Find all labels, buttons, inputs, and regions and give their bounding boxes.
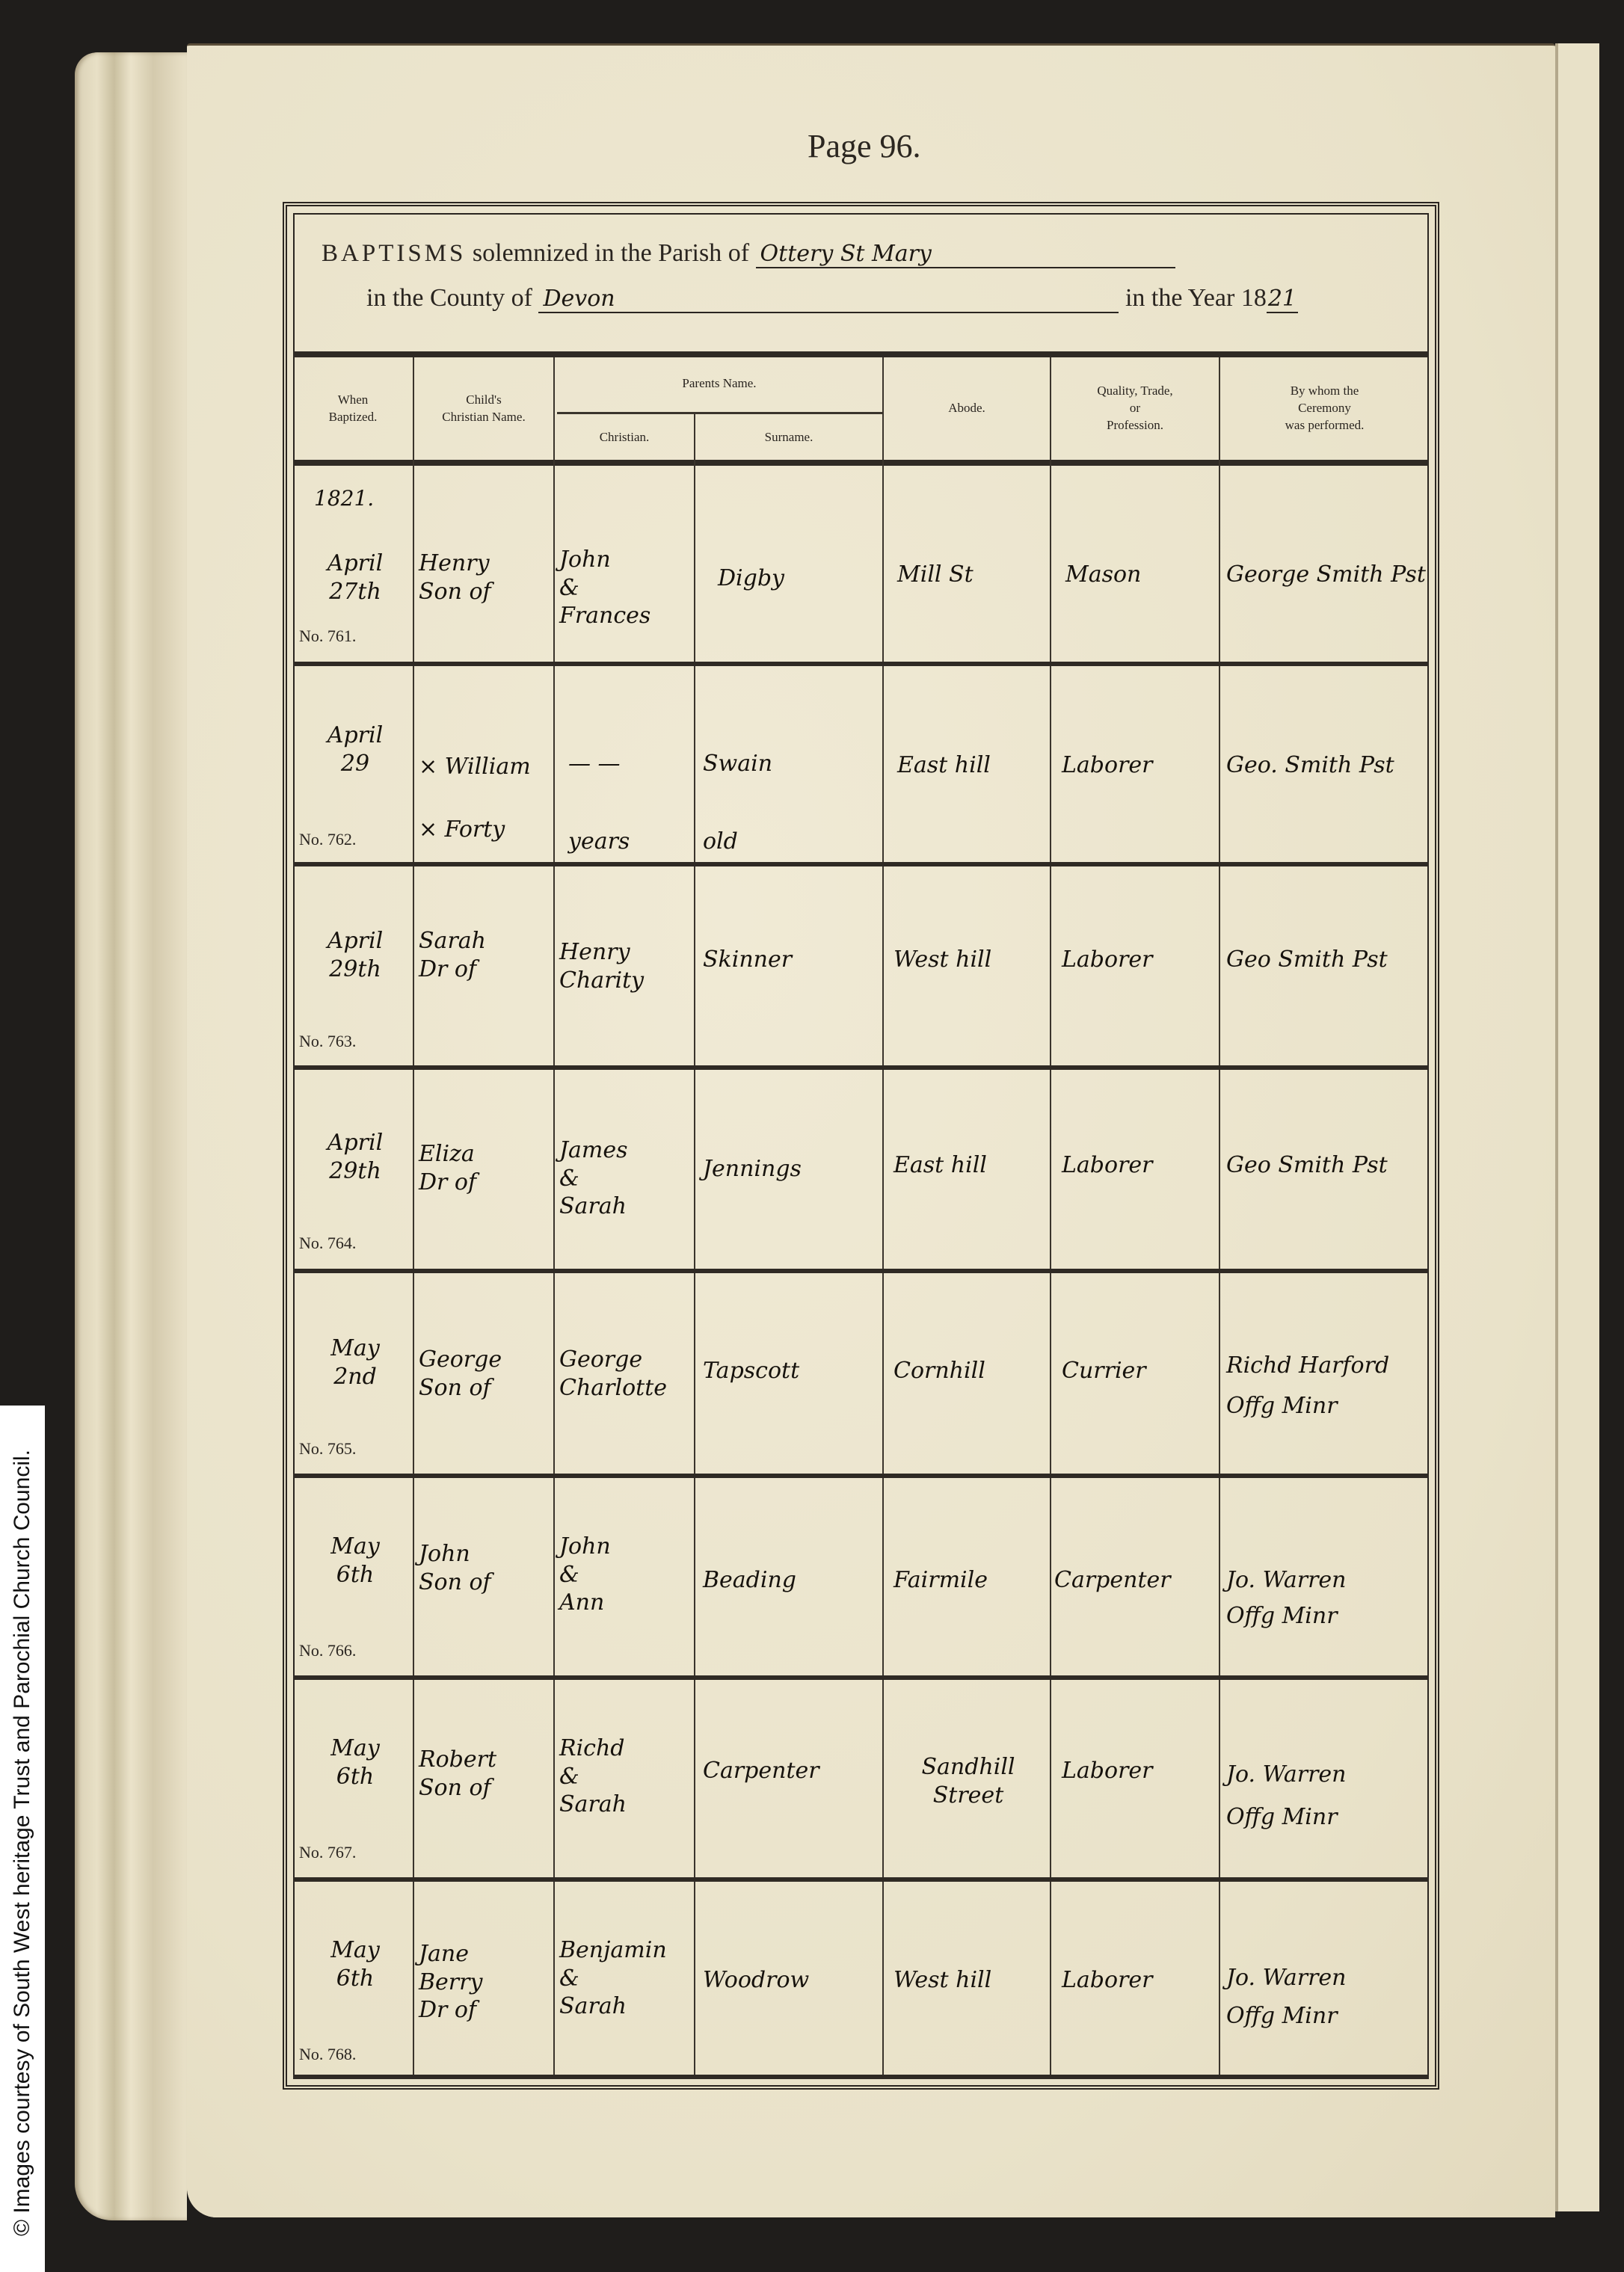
col-line [1050,357,1051,2077]
entry-quality: Laborer [1062,946,1153,974]
copyright-credit: © Images courtesy of South West heritage… [0,1406,45,2272]
entry-date: April 29th [299,927,411,983]
entry-number: No. 762. [299,830,356,849]
credit-text: © Images courtesy of South West heritage… [11,1413,34,2272]
entry-child: John Son of [419,1540,491,1596]
entry-by-whom: Jo. Warren Offg Minr [1226,1563,1347,1634]
entry-by-whom: Richd Harford Offg Minr [1226,1346,1389,1426]
entry-date: May 6th [299,1936,411,1992]
entry-child: Jane Berry Dr of [419,1940,482,2025]
county-field: Devon [538,286,1119,313]
entry-number: No. 761. [299,627,356,646]
year-label: in the Year 18 [1119,284,1266,312]
entry-abode: Fairmile [893,1566,988,1595]
register-title: BAPTISMS solemnized in the Parish of Ott… [299,224,1421,351]
entry-by-whom: Jo. Warren Offg Minr [1226,1959,1347,2035]
col-header-parents-christian: Christian. [555,416,694,460]
row-rule [293,1065,1429,1070]
entry-date: May 6th [299,1533,411,1589]
entry-child: Sarah Dr of [419,927,486,983]
entry-parents: Richd & Sarah [559,1734,627,1819]
col-line [413,357,414,2077]
entry-parents: James & Sarah [559,1136,628,1221]
entry-abode: West hill [893,946,991,974]
header-top-rule [293,351,1429,357]
entry-abode: Sandhill Street [893,1753,1043,1809]
entry-parents: — — years [568,751,630,855]
table-bottom-rule [293,2075,1429,2079]
title-line-county: in the County of Devon in the Year 1821 [366,284,1298,313]
entry-child: Robert Son of [419,1746,496,1802]
entry-child: Eliza Dr of [419,1140,476,1196]
entry-by-whom: George Smith Pst [1226,561,1426,589]
entry-quality: Mason [1065,561,1141,589]
col-line [882,357,884,2077]
col-header-abode: Abode. [884,357,1050,460]
register-year: 1821. [314,486,374,511]
entry-by-whom: Geo Smith Pst [1226,946,1388,974]
entry-number: No. 765. [299,1439,356,1459]
entry-number: No. 768. [299,2045,356,2064]
year-field: 21 [1267,286,1298,313]
row-rule [293,1474,1429,1478]
entry-by-whom: Geo Smith Pst [1226,1151,1388,1180]
entry-surname: Tapscott [703,1357,799,1385]
parish-field: Ottery St Mary [756,241,1175,268]
entry-surname: Woodrow [703,1966,809,1995]
adjacent-page-edge [1555,43,1599,2211]
entry-parents: Benjamin & Sarah [559,1936,667,2021]
col-header-child: Child's Christian Name. [414,357,553,460]
entry-number: No. 767. [299,1843,356,1862]
title-baptisms: BAPTISMS [322,240,466,267]
entry-parents: John & Ann [559,1533,611,1617]
title-text: solemnized in the Parish of [466,239,755,267]
page-number: Page 96. [808,127,921,165]
entry-child: × William × Forty [419,751,531,846]
row-rule [293,1675,1429,1680]
entry-surname: Swain old [703,751,772,855]
col-header-when: When Baptized. [293,357,413,460]
entry-by-whom: Jo. Warren Offg Minr [1226,1753,1347,1838]
row-rule [293,1877,1429,1882]
entry-date: April 29 [299,721,411,778]
entry-surname: Beading [703,1566,796,1595]
row-rule [293,862,1429,866]
county-label: in the County of [366,284,538,312]
entry-abode: Cornhill [893,1357,985,1385]
header-bottom-rule [293,460,1429,466]
entry-quality: Laborer [1062,1151,1153,1180]
col-header-parents: Parents Name. [555,357,884,410]
entry-surname: Carpenter [703,1757,819,1785]
entry-quality: Laborer [1062,751,1153,780]
parents-divider [557,412,882,414]
entry-surname: Skinner [703,946,792,974]
entry-abode: East hill [897,751,991,780]
entry-date: April 29th [299,1129,411,1185]
entry-quality: Carpenter [1054,1566,1171,1595]
entry-abode: West hill [893,1966,991,1995]
entry-by-whom: Geo. Smith Pst [1226,751,1394,780]
entry-date: May 6th [299,1734,411,1791]
col-header-parents-surname: Surname. [695,416,882,460]
entry-parents: Henry Charity [559,938,644,994]
col-header-by-whom: By whom the Ceremony was performed. [1220,357,1429,460]
entry-child: George Son of [419,1346,502,1402]
entry-parents: George Charlotte [559,1346,667,1402]
entry-number: No. 764. [299,1234,356,1253]
entry-quality: Currier [1062,1357,1146,1385]
col-line [553,357,555,2077]
row-rule [293,1269,1429,1273]
entry-abode: Mill St [897,561,974,589]
entry-abode: East hill [893,1151,987,1180]
entry-number: No. 766. [299,1641,356,1660]
entry-quality: Laborer [1062,1757,1153,1785]
book-page-edges [75,52,187,2220]
row-rule [293,662,1429,666]
entry-number: No. 763. [299,1032,356,1051]
entry-quality: Laborer [1062,1966,1153,1995]
entry-date: April 27th [299,549,411,606]
entry-child: Henry Son of [419,549,491,606]
entry-date: May 2nd [299,1334,411,1391]
col-header-quality: Quality, Trade, or Profession. [1051,357,1219,460]
entry-surname: Jennings [703,1155,802,1183]
title-line-parish: BAPTISMS solemnized in the Parish of Ott… [322,239,1175,268]
col-line [1219,357,1220,2077]
entry-parents: John & Frances [559,546,650,630]
entry-surname: Digby [718,564,784,593]
